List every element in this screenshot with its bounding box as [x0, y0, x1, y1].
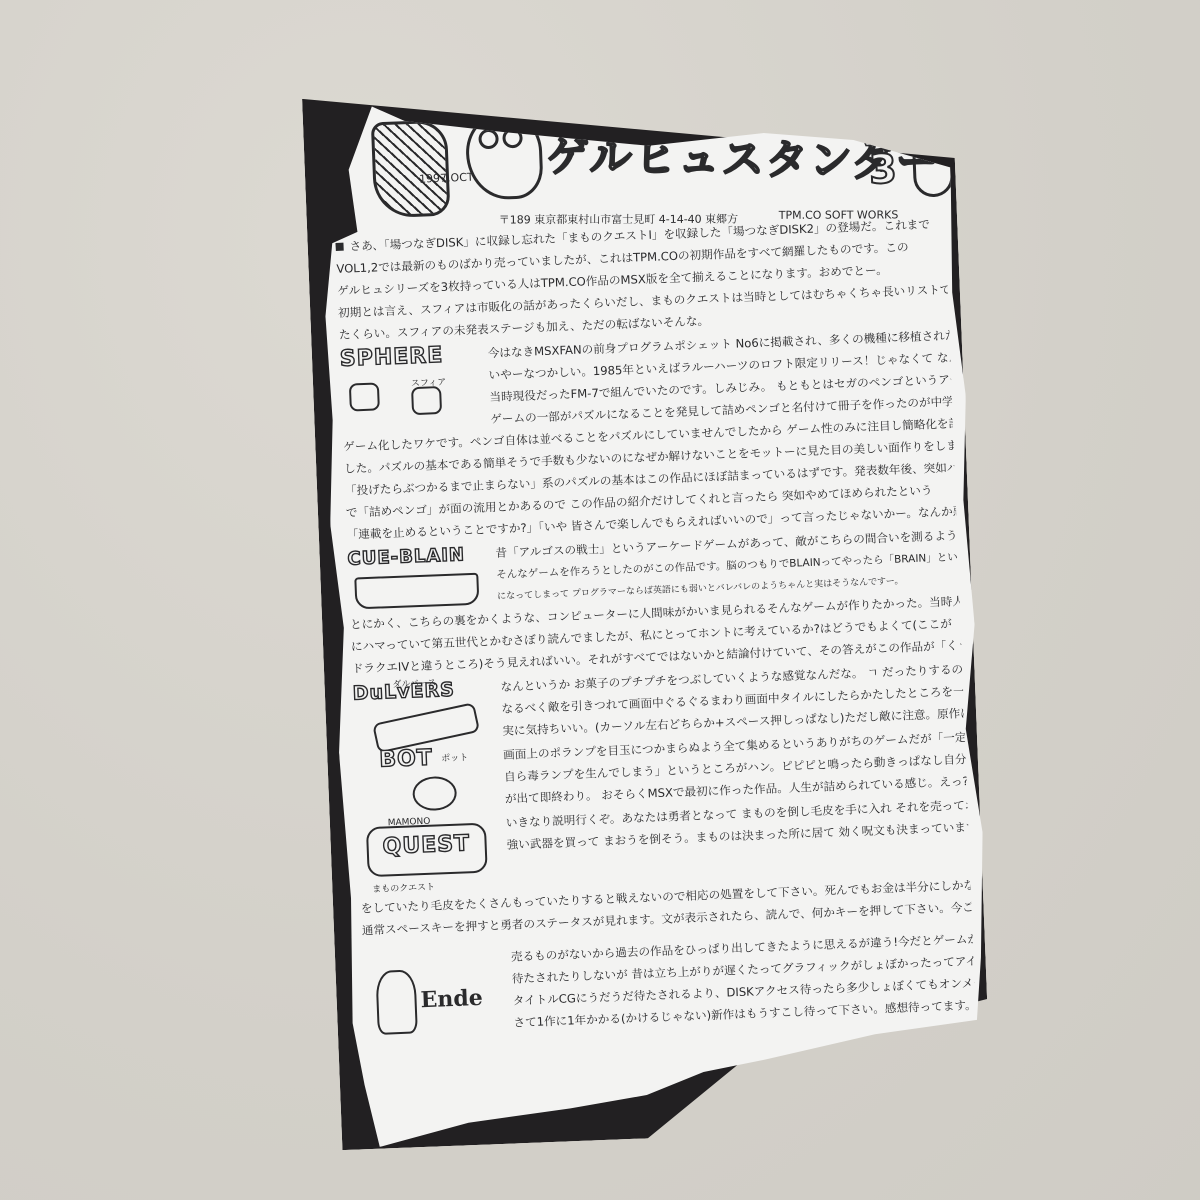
- cue-blain-logo-block: CUE-BLAIN: [347, 542, 489, 611]
- square-bullet-icon: [335, 243, 343, 251]
- scroll-ornament-icon: [371, 120, 451, 219]
- sphere-logo: SPHERE: [339, 344, 443, 370]
- vol-number: 3: [868, 146, 898, 193]
- section-cue-blain: CUE-BLAIN 昔「アルゴスの戦士」というアーケードゲームがあって、敵がこち…: [347, 524, 962, 679]
- block-icon: [349, 382, 380, 411]
- intro-paragraph: さあ、「場つなぎDISK」に収録し忘れた「まものクエストI」を収録した「場つなぎ…: [335, 213, 949, 346]
- mamono-quest-logo-block: MAMONO QUEST まものクエスト: [358, 812, 501, 897]
- robot-sketch-icon: [354, 573, 479, 610]
- sphere-logo-block: SPHERE スフィア: [339, 343, 482, 418]
- content-body: さあ、「場つなぎDISK」に収録し忘れた「まものクエストI」を収録した「場つなぎ…: [335, 213, 975, 1042]
- block-icon: [411, 386, 442, 415]
- ende-logo: Ende: [420, 987, 483, 1011]
- teapot-icon: [412, 776, 457, 812]
- bot-logo-block: BOT ポット: [355, 744, 497, 815]
- mamono-quest-subtitle: まものクエスト: [372, 877, 436, 901]
- section-mamono-quest: MAMONO QUEST まものクエスト いきなり説明行くぞ。あなたは勇者となっ…: [358, 794, 972, 941]
- bot-logo: BOT: [379, 747, 433, 771]
- issue-date: 1997.OCT: [419, 171, 474, 186]
- dulvers-logo-block: ダルバース DuLvERS: [352, 676, 494, 747]
- section-sphere: SPHERE スフィア 今はなきMSXFANの前身プログラムポシェット No6に…: [339, 324, 956, 545]
- dulvers-subtitle: ダルバース: [392, 672, 437, 696]
- ende-logo-block: Ende: [363, 946, 506, 1041]
- bot-subtitle: ポット: [441, 747, 469, 770]
- cue-blain-logo: CUE-BLAIN: [347, 544, 465, 570]
- totem-figure-icon: [375, 969, 417, 1034]
- section-ende: Ende 売るものがないから過去の作品をひっぱり出してきたように思えるが違う!今…: [363, 928, 976, 1039]
- quest-logo: QUEST: [382, 833, 470, 858]
- paper-insert: 1997.OCT ゲルヒュスタンダードディスク VOL 3 〒189 東京都東村…: [314, 84, 993, 1148]
